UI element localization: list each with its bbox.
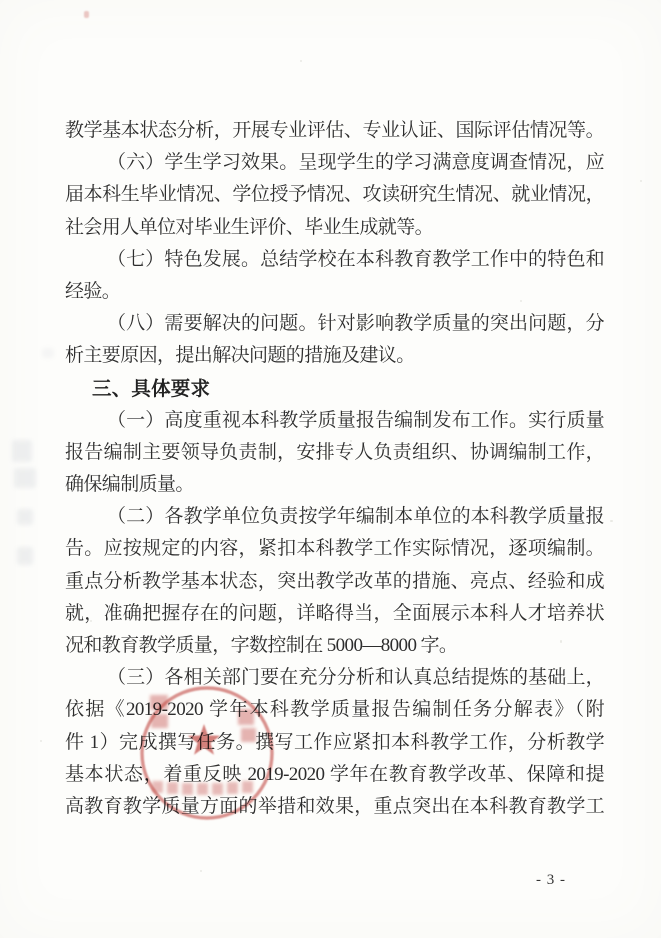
page-number: - 3 - (536, 872, 576, 889)
text-line: 况和教育教学质量，字数控制在 5000—8000 字。 (65, 630, 604, 662)
text-line: 基本状态，着重反映 2019-2020 学年在教育教学改革、保障和提 (65, 759, 604, 791)
text-line: 社会用人单位对毕业生评价、毕业生成就等。 (65, 212, 604, 244)
text-line: 重点分析教学基本状态，突出教学改革的措施、亮点、经验和成 (65, 566, 604, 598)
text-line: （七）特色发展。总结学校在本科教育教学工作中的特色和 (65, 244, 604, 276)
text-line: 经验。 (65, 276, 604, 308)
text-line: 届本科生毕业情况、学位授予情况、攻读研究生情况、就业情况， (65, 179, 604, 211)
text-line: 就，准确把握存在的问题，详略得当，全面展示本科人才培养状 (65, 598, 604, 630)
ink-bleed-mark (12, 440, 32, 462)
document-page: 教学基本状态分析，开展专业评估、专业认证、国际评估情况等。（六）学生学习效果。呈… (0, 0, 661, 938)
red-ink-speck (84, 11, 89, 18)
text-line: 告。应按规定的内容，紧扣本科教学工作实际情况，逐项编制。 (65, 533, 604, 565)
text-line: 报告编制主要领导负责制，安排专人负责组织、协调编制工作， (65, 437, 604, 469)
ink-bleed-mark (17, 509, 33, 525)
text-line: 依据《2019-2020 学年本科教学质量报告编制任务分解表》（附 (65, 694, 604, 726)
text-line: （二）各教学单位负责按学年编制本单位的本科教学质量报 (65, 501, 604, 533)
ink-bleed-mark (14, 468, 36, 488)
ink-bleed-mark (17, 547, 33, 565)
text-line: （三）各相关部门要在充分分析和认真总结提炼的基础上， (65, 662, 604, 694)
text-line: 高教育教学质量方面的举措和效果，重点突出在本科教育教学工 (65, 791, 604, 823)
text-line: 析主要原因，提出解决问题的措施及建议。 (65, 340, 604, 372)
text-line: 确保编制质量。 (65, 469, 604, 501)
text-line: （一）高度重视本科教学质量报告编制发布工作。实行质量 (65, 405, 604, 437)
text-line: 件 1）完成撰写任务。撰写工作应紧扣本科教学工作，分析教学 (65, 727, 604, 759)
ink-bleed-mark (42, 348, 54, 358)
section-heading: 三、具体要求 (92, 373, 604, 405)
body-text: 教学基本状态分析，开展专业评估、专业认证、国际评估情况等。（六）学生学习效果。呈… (65, 115, 604, 823)
text-line: （八）需要解决的问题。针对影响教学质量的突出问题，分 (65, 308, 604, 340)
text-line: 教学基本状态分析，开展专业评估、专业认证、国际评估情况等。 (65, 115, 604, 147)
text-line: （六）学生学习效果。呈现学生的学习满意度调查情况，应 (65, 147, 604, 179)
